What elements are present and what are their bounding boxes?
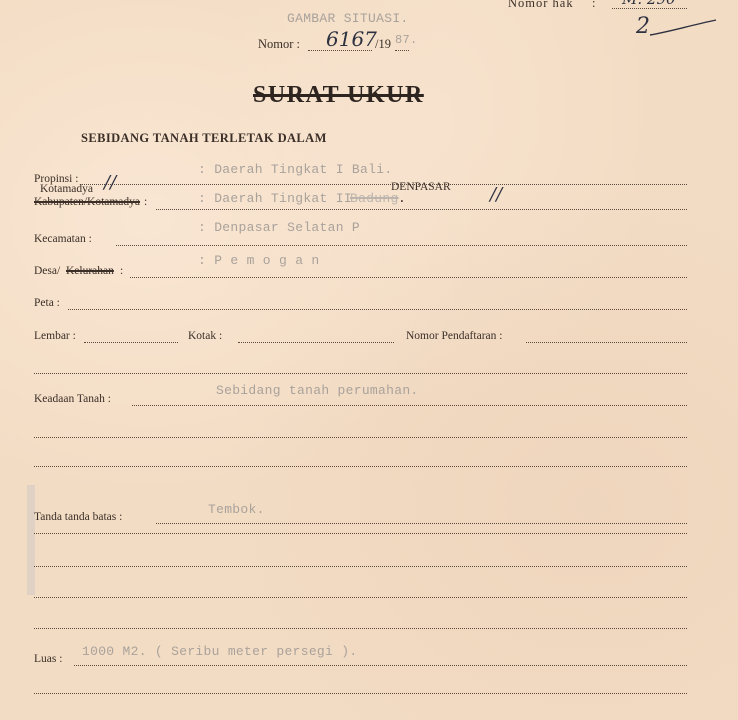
nomor-value: 6167 xyxy=(326,27,377,51)
keadaan-tanah-value: Sebidang tanah perumahan. xyxy=(216,383,419,398)
tanda-batas-label: Tanda tanda batas : xyxy=(34,511,122,523)
peta-label: Peta : xyxy=(34,297,60,309)
blank-line xyxy=(34,373,687,374)
kecamatan-dots xyxy=(116,245,687,246)
kabupaten-value: : Daerah Tingkat II xyxy=(198,191,352,206)
desa-dots xyxy=(130,277,687,278)
luas-value: 1000 M2. ( Seribu meter persegi ). xyxy=(82,644,357,659)
signature-stroke-icon xyxy=(648,16,718,38)
keadaan-tanah-dots xyxy=(132,405,687,406)
year-dots xyxy=(395,50,409,51)
blank-line xyxy=(34,693,687,694)
blank-line xyxy=(34,566,687,567)
year-suffix: 87. xyxy=(395,33,418,47)
nomor-pendaftaran-label: Nomor Pendaftaran : xyxy=(406,330,502,342)
paper-shadow xyxy=(27,485,35,595)
kabupaten-struck-label: Kabupaten/Kotamadya xyxy=(34,196,140,208)
lembar-dots xyxy=(84,342,178,343)
kabupaten-value-suffix: . xyxy=(398,191,406,206)
kecamatan-label: Kecamatan : xyxy=(34,233,92,245)
kabupaten-dots xyxy=(156,209,687,210)
kotamadya-mark: // xyxy=(104,172,116,193)
tanda-batas-value: Tembok. xyxy=(208,502,265,517)
blank-line xyxy=(34,533,687,534)
luas-dots xyxy=(74,665,687,666)
year-prefix: /19 xyxy=(375,37,391,52)
luas-label: Luas : xyxy=(34,653,62,665)
tanda-batas-dots xyxy=(156,523,687,524)
kotak-label: Kotak : xyxy=(188,330,222,342)
nomor-hak-dots xyxy=(612,8,687,9)
nomor-label: Nomor : xyxy=(258,37,300,52)
kecamatan-value: : Denpasar Selatan P xyxy=(198,220,360,235)
kabupaten-mark: // xyxy=(490,184,502,205)
propinsi-dots xyxy=(80,184,687,185)
peta-dots xyxy=(68,309,687,310)
struck-title: SURAT UKUR xyxy=(253,82,424,109)
kotamadya-inserted-label: Kotamadya xyxy=(40,183,93,195)
typed-title: GAMBAR SITUASI. xyxy=(287,11,409,26)
desa-colon: : xyxy=(120,265,123,277)
nomor-hak-label: Nomor hak xyxy=(508,0,574,11)
keadaan-tanah-label: Keadaan Tanah : xyxy=(34,393,111,405)
nomor-hak-value: M. 290 xyxy=(622,0,676,8)
desa-struck-label: Kelurahan xyxy=(66,265,114,277)
lembar-label: Lembar : xyxy=(34,330,76,342)
blank-line xyxy=(34,437,687,438)
nomor-pendaftaran-dots xyxy=(526,342,687,343)
desa-value: : P e m o g a n xyxy=(198,253,320,268)
blank-line xyxy=(34,466,687,467)
kabupaten-inserted-value: DENPASAR xyxy=(391,181,451,193)
desa-label-prefix: Desa/ xyxy=(34,265,60,277)
blank-line xyxy=(34,597,687,598)
nomor-hak-colon: : xyxy=(592,0,595,11)
blank-line xyxy=(34,628,687,629)
kabupaten-struck-value: Badung xyxy=(350,191,399,206)
kabupaten-colon: : xyxy=(144,196,147,208)
propinsi-value: : Daerah Tingkat I Bali. xyxy=(198,162,392,177)
kotak-dots xyxy=(238,342,394,343)
location-subtitle: SEBIDANG TANAH TERLETAK DALAM xyxy=(81,131,327,146)
